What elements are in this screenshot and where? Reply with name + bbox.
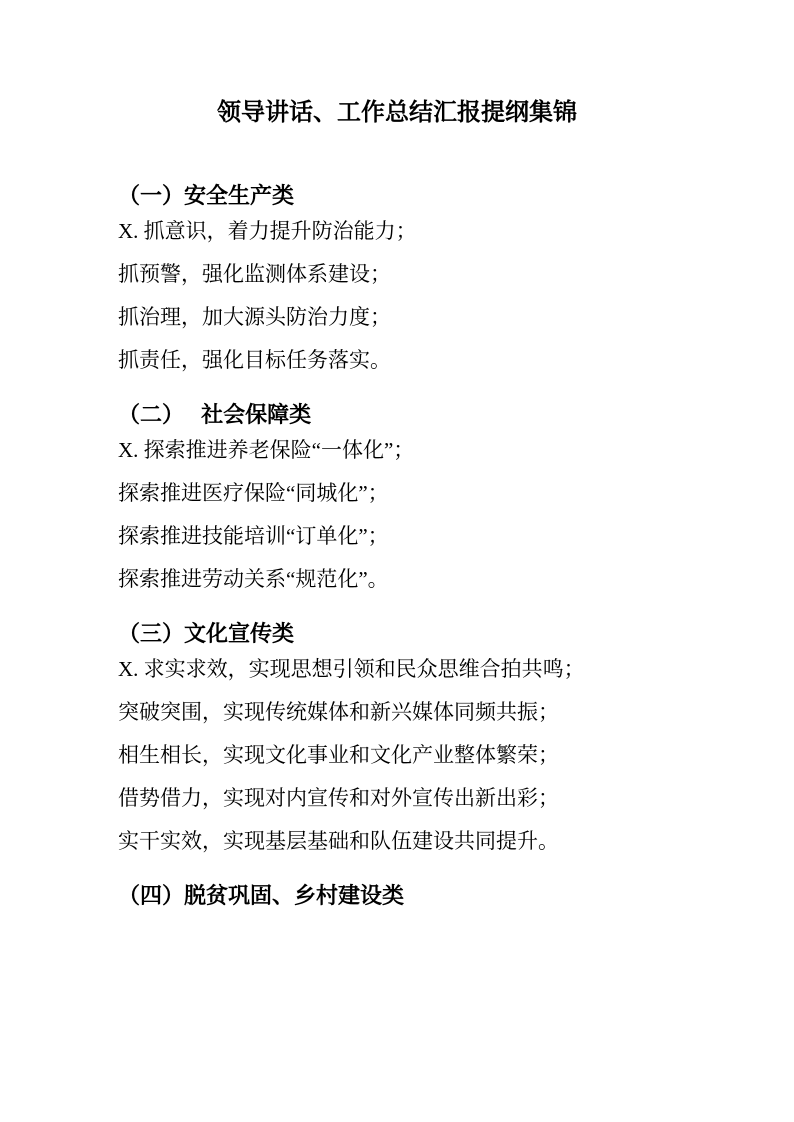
section-2-line-1: X. 探索推进养老保险“一体化”； bbox=[118, 436, 684, 464]
section-poverty-rural: （四）脱贫巩固、乡村建设类 bbox=[118, 881, 684, 911]
document-page: 领导讲话、工作总结汇报提纲集锦 （一）安全生产类 X. 抓意识，着力提升防治能力… bbox=[0, 0, 794, 1122]
section-3-line-3: 相生相长，实现文化事业和文化产业整体繁荣； bbox=[118, 741, 684, 769]
section-3-heading: （三）文化宣传类 bbox=[118, 619, 684, 649]
section-1-line-4: 抓责任，强化目标任务落实。 bbox=[118, 346, 684, 374]
section-1-line-1: X. 抓意识，着力提升防治能力； bbox=[118, 217, 684, 245]
section-2-heading: （二） 社会保障类 bbox=[118, 400, 684, 430]
section-culture-publicity: （三）文化宣传类 X. 求实求效，实现思想引领和民众思维合拍共鸣； 突破突围，实… bbox=[118, 619, 684, 855]
section-1-line-2: 抓预警，强化监测体系建设； bbox=[118, 260, 684, 288]
document-title: 领导讲话、工作总结汇报提纲集锦 bbox=[110, 0, 684, 129]
section-1-heading: （一）安全生产类 bbox=[118, 181, 684, 211]
section-safety-production: （一）安全生产类 X. 抓意识，着力提升防治能力； 抓预警，强化监测体系建设； … bbox=[118, 181, 684, 374]
section-2-line-2: 探索推进医疗保险“同城化”； bbox=[118, 479, 684, 507]
section-2-line-4: 探索推进劳动关系“规范化”。 bbox=[118, 565, 684, 593]
section-4-heading: （四）脱贫巩固、乡村建设类 bbox=[118, 881, 684, 911]
section-2-line-3: 探索推进技能培训“订单化”； bbox=[118, 522, 684, 550]
section-3-line-5: 实干实效，实现基层基础和队伍建设共同提升。 bbox=[118, 827, 684, 855]
section-3-line-2: 突破突围，实现传统媒体和新兴媒体同频共振； bbox=[118, 698, 684, 726]
section-social-security: （二） 社会保障类 X. 探索推进养老保险“一体化”； 探索推进医疗保险“同城化… bbox=[118, 400, 684, 593]
section-3-line-4: 借势借力，实现对内宣传和对外宣传出新出彩； bbox=[118, 784, 684, 812]
section-3-line-1: X. 求实求效，实现思想引领和民众思维合拍共鸣； bbox=[118, 655, 684, 683]
document-content: 领导讲话、工作总结汇报提纲集锦 （一）安全生产类 X. 抓意识，着力提升防治能力… bbox=[0, 0, 794, 911]
section-1-line-3: 抓治理，加大源头防治力度； bbox=[118, 303, 684, 331]
